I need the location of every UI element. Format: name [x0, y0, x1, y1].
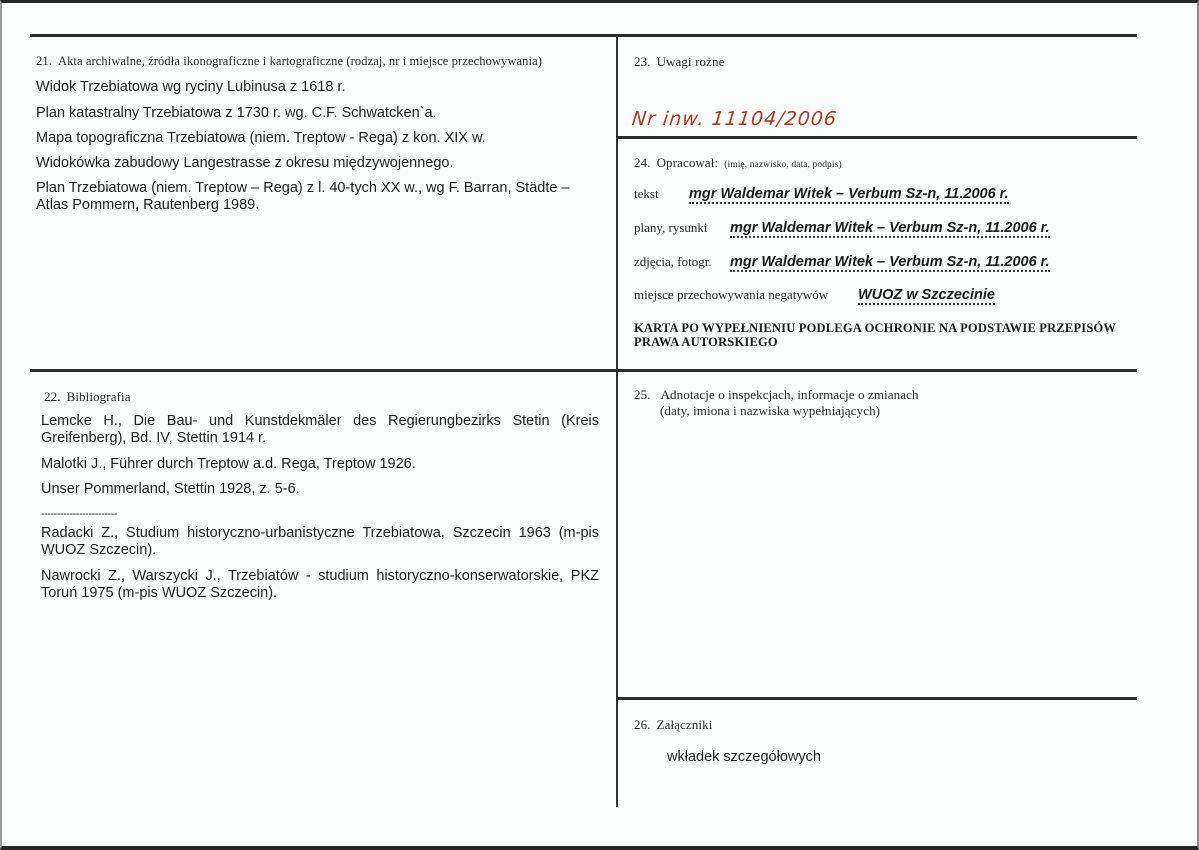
rule-below-section-25 — [617, 697, 1137, 700]
section-21-number: 21. — [36, 54, 52, 68]
section-26-title: Załączniki — [657, 717, 713, 732]
section-23-heading: 23.Uwagi rożne — [634, 54, 724, 70]
section-22-heading: 22.Bibliografia — [44, 389, 131, 405]
section-21-item: Mapa topograficzna Trzebiatowa (niem. Tr… — [36, 130, 486, 147]
section-23-number: 23. — [634, 54, 651, 69]
section-24-subtitle: (imię, nazwisko, data, podpis) — [724, 160, 842, 170]
handwritten-inventory-number: Nr inw. 11104/2006 — [631, 108, 838, 130]
section-26-number: 26. — [634, 717, 651, 732]
copyright-notice: KARTA PO WYPEŁNIENIU PODLEGA OCHRONIE NA… — [634, 321, 1134, 349]
bibliography-separator: ------------------------ — [41, 508, 117, 520]
section-21-item: Widok Trzebiatowa wg ryciny Lubinusa z 1… — [36, 79, 345, 96]
author-row-label: miejsce przechowywania negatywów — [634, 287, 858, 303]
bibliography-item: Radacki Z., Studium historyczno-urbanist… — [41, 525, 599, 559]
section-21-item: Plan katastralny Trzebiatowa z 1730 r. w… — [36, 105, 437, 122]
author-row-value: mgr Waldemar Witek – Verbum Sz-n, 11.200… — [730, 255, 1050, 272]
author-row-label: plany, rysunki — [634, 220, 730, 236]
section-21-item: Widokówka zabudowy Langestrasse z okresu… — [36, 155, 454, 172]
bibliography-item: Malotki J., Führer durch Treptow a.d. Re… — [41, 456, 416, 473]
attachment-item: wkładek szczegółowych — [667, 749, 821, 766]
rule-below-section-23 — [617, 136, 1137, 139]
section-25-heading: 25.Adnotacje o inspekcjach, informacje o… — [634, 387, 919, 403]
author-row-value: mgr Waldemar Witek – Verbum Sz-n, 11.200… — [730, 221, 1050, 238]
section-21-item: Plan Trzebiatowa (niem. Treptow – Rega) … — [36, 180, 601, 214]
rule-below-sections-21-24 — [30, 369, 1137, 372]
section-24-title: Opracował: — [657, 155, 719, 170]
author-row-value: WUOZ w Szczecinie — [858, 288, 995, 305]
bibliography-item: Lemcke H., Die Bau- und Kunstdekmäler de… — [41, 413, 599, 447]
author-row-label: zdjęcia, fotogr. — [634, 254, 730, 270]
author-row-plans: plany, rysunki mgr Waldemar Witek – Verb… — [634, 220, 1050, 238]
author-row-negatives: miejsce przechowywania negatywów WUOZ w … — [634, 287, 995, 305]
section-25-subtitle: (daty, imiona i nazwiska wypełniających) — [660, 403, 880, 419]
author-row-value: mgr Waldemar Witek – Verbum Sz-n, 11.200… — [689, 187, 1009, 204]
section-25-title: Adnotacje o inspekcjach, informacje o zm… — [661, 387, 919, 402]
bibliography-item: Unser Pommerland, Stettin 1928, z. 5-6. — [41, 481, 300, 498]
author-row-photos: zdjęcia, fotogr. mgr Waldemar Witek – Ve… — [634, 254, 1050, 272]
author-row-text: tekst mgr Waldemar Witek – Verbum Sz-n, … — [634, 186, 1009, 204]
top-rule — [30, 34, 1137, 37]
section-26-heading: 26.Załączniki — [634, 717, 712, 733]
section-22-number: 22. — [44, 389, 61, 404]
bibliography-item: Nawrocki Z., Warszycki J., Trzebiatów - … — [41, 568, 599, 602]
section-21-heading: 21.Akta archiwalne, źródła ikonograficzn… — [36, 54, 542, 69]
section-24-number: 24. — [634, 155, 651, 170]
section-25-number: 25. — [634, 387, 651, 402]
section-21-title: Akta archiwalne, źródła ikonograficzne i… — [58, 54, 542, 68]
section-22-title: Bibliografia — [67, 389, 131, 404]
section-24-heading: 24.Opracował:(imię, nazwisko, data, podp… — [634, 155, 842, 171]
column-divider — [616, 34, 618, 807]
section-23-title: Uwagi rożne — [657, 54, 725, 69]
author-row-label: tekst — [634, 186, 689, 202]
